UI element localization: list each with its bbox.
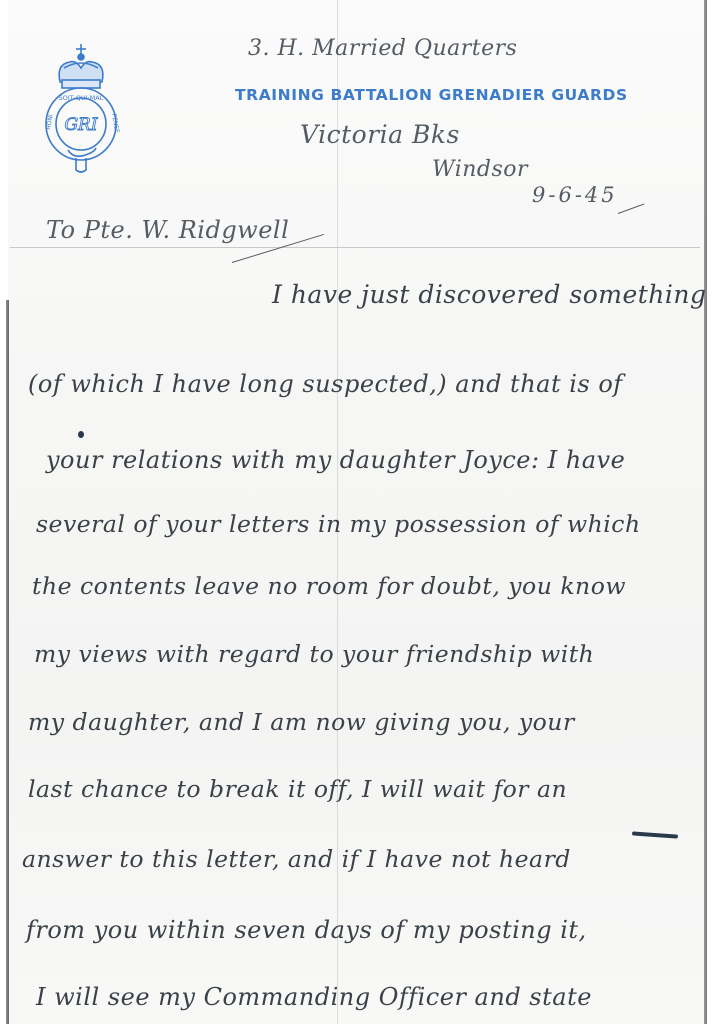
address-line-2: Victoria Bks	[300, 120, 460, 149]
address-line-3: Windsor	[432, 157, 528, 182]
fold-crease-horizontal	[10, 247, 700, 248]
body-line: my views with regard to your friendship …	[34, 640, 594, 668]
body-line: the contents leave no room for doubt, yo…	[32, 572, 626, 600]
body-line: my daughter, and I am now giving you, yo…	[28, 708, 575, 736]
body-line: from you within seven days of my posting…	[26, 916, 587, 944]
svg-text:HONI: HONI	[45, 114, 55, 131]
address-line-1: 3. H. Married Quarters	[248, 36, 517, 61]
svg-text:GRI: GRI	[64, 115, 97, 135]
ink-spot	[78, 431, 84, 438]
body-line: (of which I have long suspected,) and th…	[28, 370, 623, 398]
svg-text:PENSE: PENSE	[110, 113, 120, 134]
body-line: last chance to break it off, I will wait…	[28, 775, 567, 803]
salutation: To Pte. W. Ridgwell	[46, 216, 289, 244]
letter-date: 9-6-45	[532, 183, 618, 207]
royal-cypher-crest-icon: GRI SOIT·QUI·MAL HONI PENSE	[38, 42, 124, 174]
body-line: I have just discovered something	[272, 280, 707, 309]
body-line: several of your letters in my possession…	[36, 510, 641, 538]
svg-text:SOIT·QUI·MAL: SOIT·QUI·MAL	[59, 94, 104, 102]
body-line: I will see my Commanding Officer and sta…	[36, 983, 592, 1011]
organization-heading: TRAINING BATTALION GRENADIER GUARDS	[235, 86, 628, 104]
paper-edge-right	[704, 0, 707, 1024]
body-line: answer to this letter, and if I have not…	[22, 845, 571, 873]
paper-edge-left	[6, 300, 9, 1024]
body-line: your relations with my daughter Joyce: I…	[46, 446, 625, 474]
